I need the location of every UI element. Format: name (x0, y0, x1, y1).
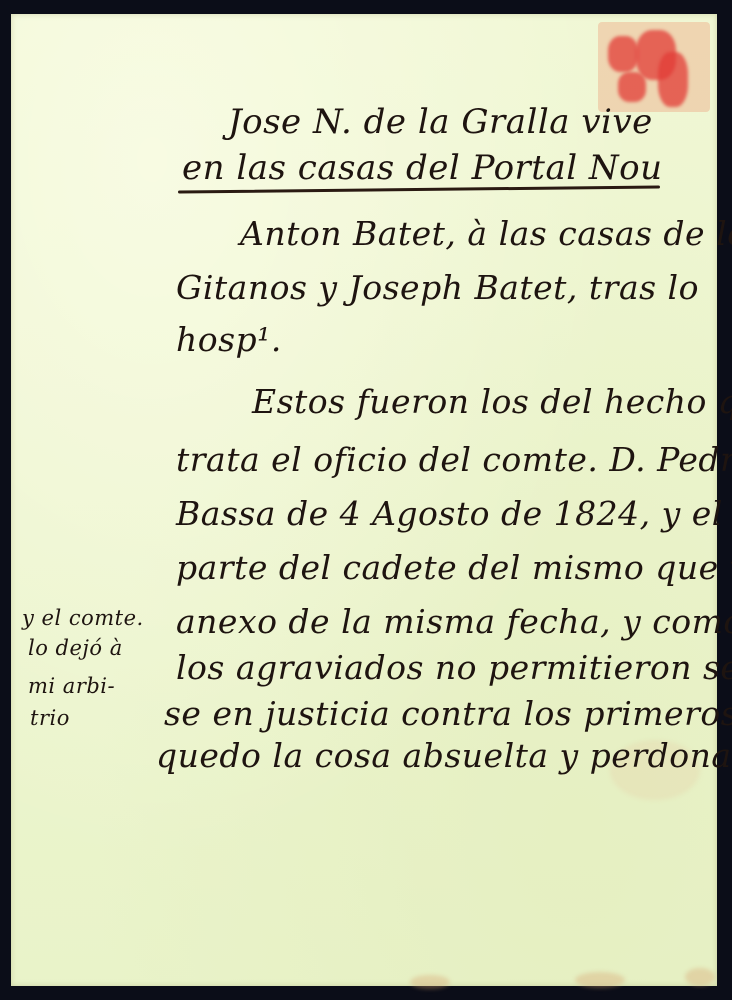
margin-note-line-1: y el comte. (22, 606, 144, 630)
paper-stain (410, 975, 450, 989)
stamp-ink (608, 36, 638, 72)
heading-line-1: Jose N. de la Gralla vive (228, 102, 653, 142)
paper-stain (685, 968, 715, 986)
paper-stain (575, 972, 625, 988)
paragraph1-line-1: Anton Batet, à las casas de los (240, 214, 732, 253)
paragraph2-line-6: los agraviados no permitieron se obra- (176, 648, 732, 687)
paragraph2-line-1: Estos fueron los del hecho q. (252, 382, 732, 421)
paragraph2-line-5: anexo de la misma fecha, y como (176, 602, 732, 641)
red-seal-stamp (598, 22, 710, 112)
heading-line-2: en las casas del Portal Nou (182, 148, 663, 188)
margin-note-line-3: mi arbi- (28, 674, 115, 698)
paragraph1-line-3: hosp¹. (176, 320, 282, 359)
scan-background: Jose N. de la Gralla vive en las casas d… (0, 0, 732, 1000)
paragraph2-line-8: quedo la cosa absuelta y perdonada (156, 736, 732, 775)
paragraph2-line-2: trata el oficio del comte. D. Pedro (176, 440, 732, 479)
paragraph2-line-3: Bassa de 4 Agosto de 1824, y el (176, 494, 723, 533)
paragraph1-line-2: Gitanos y Joseph Batet, tras lo (176, 268, 699, 307)
stamp-ink (658, 52, 688, 107)
paragraph2-line-7: se en justicia contra los primeros, 1 (164, 694, 732, 733)
stamp-ink (618, 72, 646, 102)
margin-note-line-2: lo dejó à (28, 636, 123, 660)
margin-note-line-4: trio (30, 706, 70, 730)
paragraph2-line-4: parte del cadete del mismo que va (176, 548, 732, 587)
